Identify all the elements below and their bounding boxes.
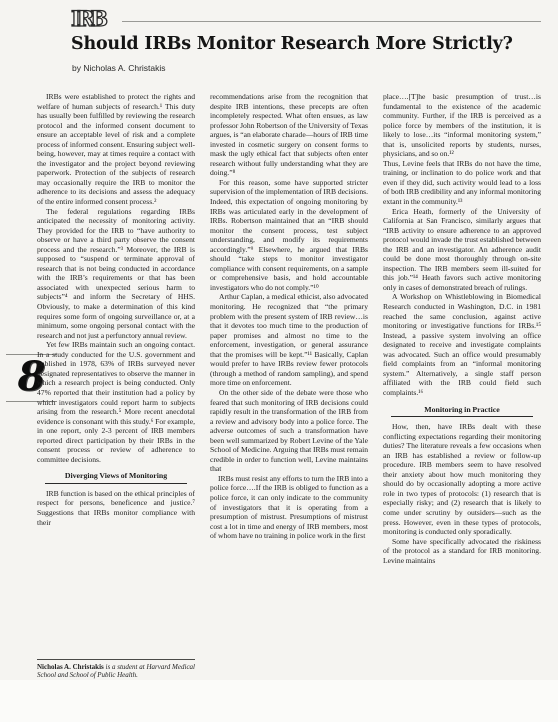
block-quote-continuation: place….[T]he basic presumption of trust……	[383, 92, 541, 159]
author-footnote: Nicholas A. Christakis is a student at H…	[37, 659, 195, 680]
journal-page: IRB Should IRBs Monitor Research More St…	[0, 0, 558, 722]
paragraph: A Workshop on Whistleblowing in Biomedic…	[383, 292, 541, 397]
paragraph: Yet few IRBs maintain such an ongoing co…	[37, 340, 195, 464]
article-byline: by Nicholas A. Christakis	[72, 63, 166, 73]
header-rule	[122, 21, 541, 22]
paragraph: Thus, Levine feels that IRBs do not have…	[383, 159, 541, 207]
paragraph: IRBs were established to protect the rig…	[37, 92, 195, 207]
column-1: IRBs were established to protect the rig…	[37, 92, 195, 680]
paragraph: recommendations arise from the recogniti…	[210, 92, 368, 178]
section-heading-diverging-views: Diverging Views of Monitoring	[45, 471, 187, 484]
paragraph: How, then, have IRBs dealt with these co…	[383, 422, 541, 537]
section-heading-monitoring-in-practice: Monitoring in Practice	[391, 405, 533, 418]
paragraph: Erica Heath, formerly of the University …	[383, 207, 541, 293]
block-quote: IRBs must resist any efforts to turn the…	[210, 474, 368, 541]
author-footnote-name: Nicholas A. Christakis	[37, 663, 104, 671]
column-2: recommendations arise from the recogniti…	[210, 92, 368, 680]
column-3: place….[T]he basic presumption of trust……	[383, 92, 541, 680]
paragraph: The federal regulations regarding IRBs a…	[37, 207, 195, 341]
irb-journal-logo: IRB	[71, 8, 104, 29]
paragraph: For this reason, some have supported str…	[210, 178, 368, 293]
article-body: IRBs were established to protect the rig…	[37, 92, 541, 680]
paragraph: Some have specifically advocated the ris…	[383, 537, 541, 566]
paragraph: IRB function is based on the ethical pri…	[37, 489, 195, 527]
paragraph: On the other side of the debate were tho…	[210, 388, 368, 474]
article-title: Should IRBs Monitor Research More Strict…	[71, 33, 541, 55]
paragraph: Arthur Caplan, a medical ethicist, also …	[210, 292, 368, 387]
page-bottom-margin	[0, 680, 558, 722]
